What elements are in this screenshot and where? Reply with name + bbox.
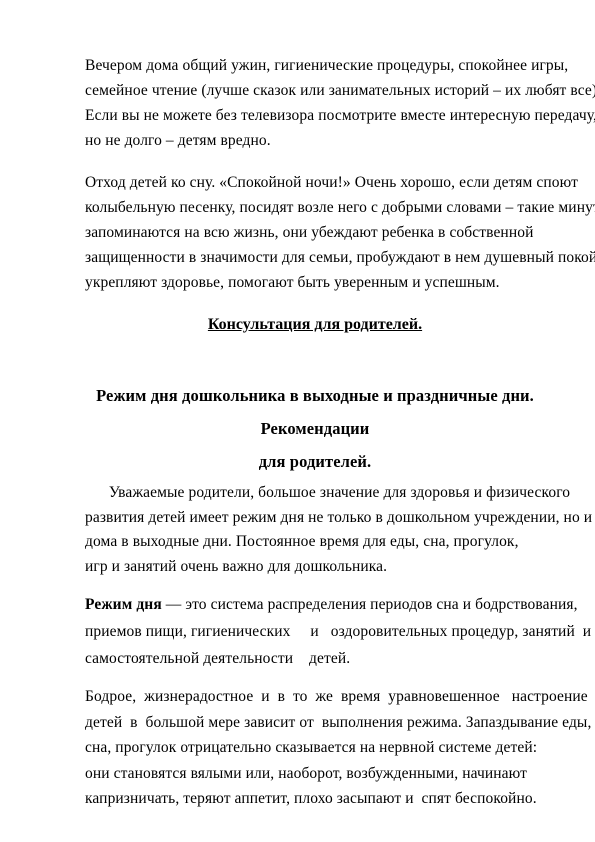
text-line: Бодрое, жизнерадостное и в то же время у… xyxy=(85,684,545,710)
paragraph-evening-routine: Вечером дома общий ужин, гигиенические п… xyxy=(85,53,545,153)
text-line: колыбельную песенку, посидят возле него … xyxy=(85,195,545,220)
text-line: развития детей имеет режим дня не только… xyxy=(85,506,545,531)
text-line: дома в выходные дни. Постоянное время дл… xyxy=(85,530,545,555)
paragraph-bedtime: Отход детей ко сну. «Спокойной ночи!» Оч… xyxy=(85,170,545,295)
text-line: Если вы не можете без телевизора посмотр… xyxy=(85,103,545,128)
text-line: Отход детей ко сну. «Спокойной ночи!» Оч… xyxy=(85,170,545,195)
text-line: Уважаемые родители, большое значение для… xyxy=(85,481,545,506)
document-page: Вечером дома общий ужин, гигиенические п… xyxy=(0,0,595,842)
heading-line: Режим дня дошкольника в выходные и празд… xyxy=(85,379,545,445)
text-line: капризничать, теряют аппетит, плохо засы… xyxy=(85,786,545,812)
consultation-heading: Консультация для родителей. xyxy=(85,312,545,337)
regime-heading: Режим дня дошкольника в выходные и празд… xyxy=(85,379,545,478)
text-line: детей в большой мере зависит от выполнен… xyxy=(85,710,545,736)
text-line: Режим дня — это система распределения пе… xyxy=(85,591,545,618)
text-line: Вечером дома общий ужин, гигиенические п… xyxy=(85,53,545,78)
text-line: семейное чтение (лучше сказок или занима… xyxy=(85,78,545,103)
text-line: но не долго – детям вредно. xyxy=(85,128,545,153)
heading-line: для родителей. xyxy=(85,445,545,478)
text-line: они становятся вялыми или, наоборот, воз… xyxy=(85,761,545,787)
text-line-rest: — это система распределения периодов сна… xyxy=(162,596,578,613)
text-line: запоминаются на всю жизнь, они убеждают … xyxy=(85,220,545,245)
paragraph-mood: Бодрое, жизнерадостное и в то же время у… xyxy=(85,684,545,812)
paragraph-regime-definition: Режим дня — это система распределения пе… xyxy=(85,591,545,672)
text-line: защищенности в значимости для семьи, про… xyxy=(85,245,545,270)
text-line: укрепляют здоровье, помогают быть уверен… xyxy=(85,270,545,295)
paragraph-dear-parents: Уважаемые родители, большое значение для… xyxy=(85,481,545,579)
text-line: приемов пищи, гигиенических и оздоровите… xyxy=(85,618,545,645)
text-line: игр и занятий очень важно для дошкольник… xyxy=(85,555,545,580)
text-line: самостоятельной деятельности детей. xyxy=(85,645,545,672)
text-line: сна, прогулок отрицательно сказывается н… xyxy=(85,735,545,761)
regime-term-bold: Режим дня xyxy=(85,596,162,613)
